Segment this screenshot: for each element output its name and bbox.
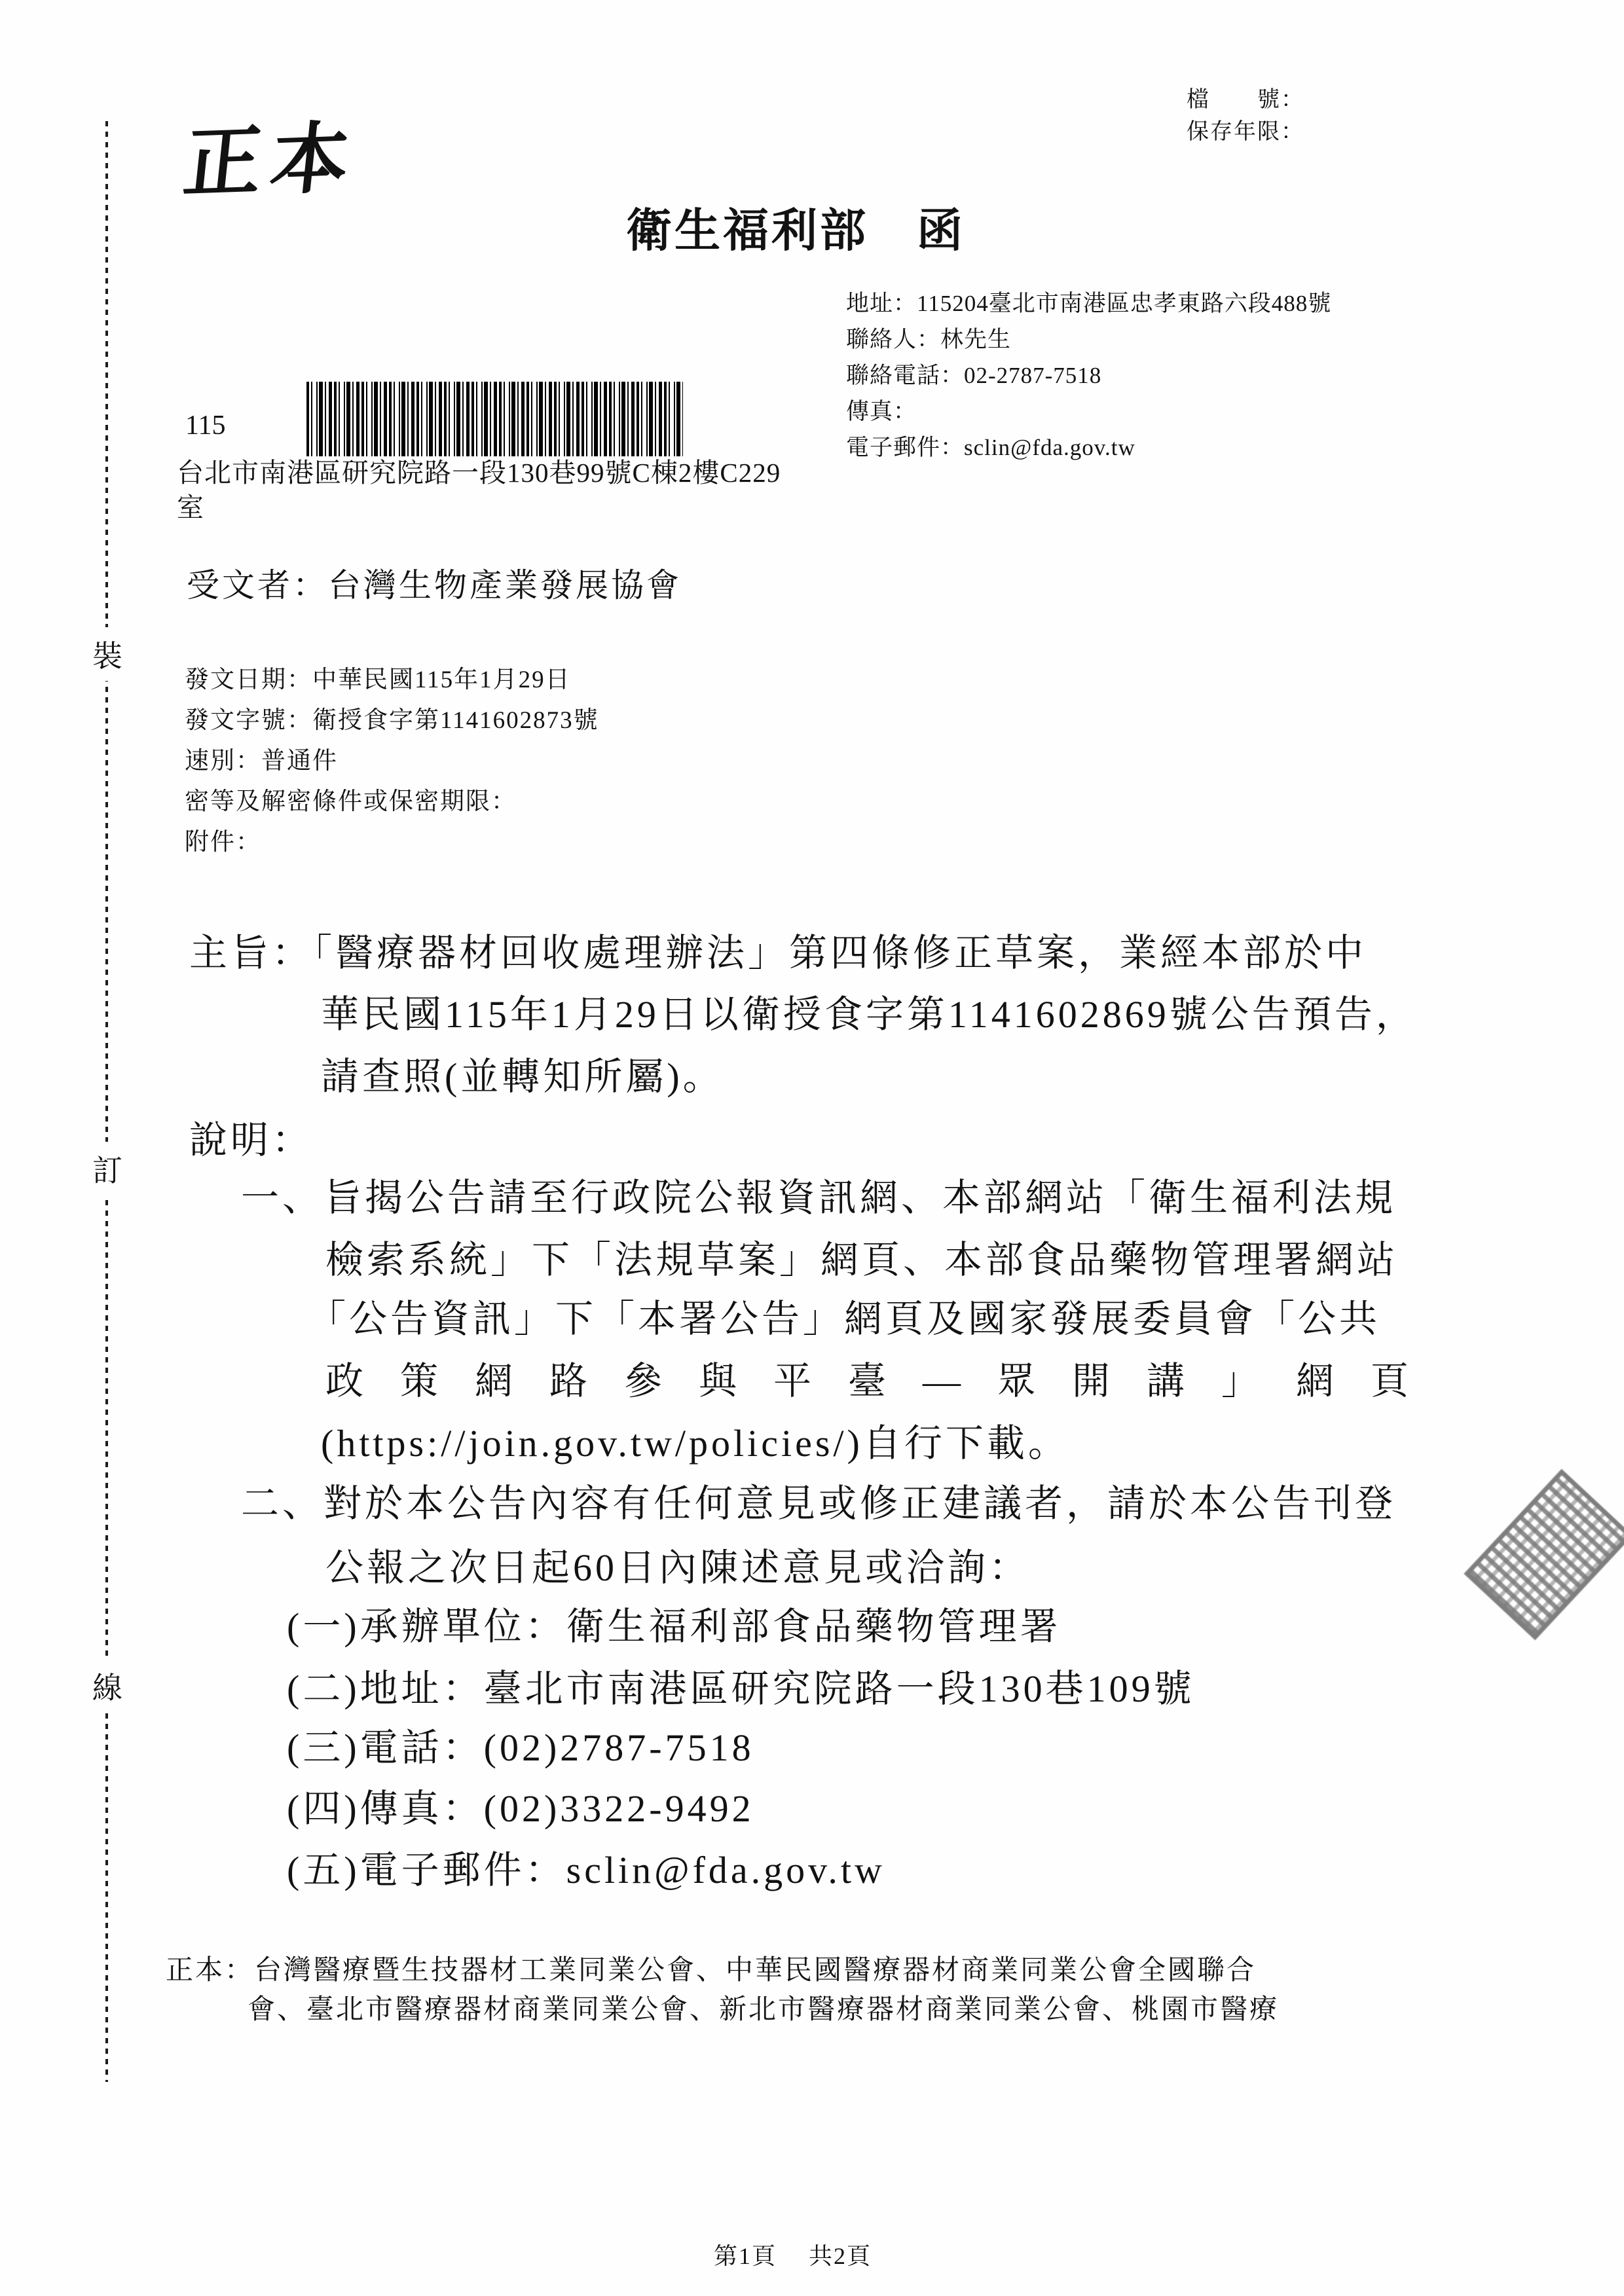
item2-line-2: 公報之次日起60日內陳述意見或洽詢： xyxy=(325,1537,1030,1592)
speed-class: 速別：普通件 xyxy=(185,741,599,782)
recipient-line: 受文者：台灣生物產業發展協會 xyxy=(187,559,682,606)
item2-sub4-fax: (四)傳真：(02)3322-9492 xyxy=(287,1777,754,1832)
sender-contact-block: 地址：115204臺北市南港區忠孝東路六段488號 聯絡人：林先生 聯絡電話：0… xyxy=(846,285,1331,465)
file-number-block: 檔 號： 保存年限： xyxy=(1187,84,1304,148)
security-class: 密等及解密條件或保密期限： xyxy=(185,782,599,822)
binding-dotted-line xyxy=(105,121,108,2082)
copy-type-label: 正本 xyxy=(179,95,364,212)
recipient-address-line2: 室 xyxy=(177,490,781,525)
item2-sub5-email: (五)電子郵件：sclin@fda.gov.tw xyxy=(287,1839,885,1894)
binding-char-zhuang: 裝 xyxy=(88,627,127,681)
barcode xyxy=(306,382,683,456)
recipient-address-line1: 台北市南港區研究院路一段130巷99號C棟2樓C229 xyxy=(177,456,781,490)
item1-line-3: 「公告資訊」下「本署公告」網頁及國家發展委員會「公共 xyxy=(308,1288,1380,1343)
issue-date: 發文日期：中華民國115年1月29日 xyxy=(185,660,599,701)
item2-line-1: 二、對於本公告內容有任何意見或修正建議者，請於本公告刊登 xyxy=(241,1472,1396,1527)
item1-line-1: 一、旨揭公告請至行政院公報資訊網、本部網站「衛生福利法規 xyxy=(241,1167,1396,1222)
sender-phone: 聯絡電話：02-2787-7518 xyxy=(846,357,1331,393)
subject-line-2: 華民國115年1月29日以衛授食字第1141602869號公告預告， xyxy=(321,983,1417,1038)
item2-sub1-unit: (一)承辦單位：衛生福利部食品藥物管理署 xyxy=(287,1595,1061,1650)
item1-line-4: 政策網路參與平臺—眾開講」網頁 xyxy=(325,1350,1445,1405)
item2-sub2-address: (二)地址：臺北市南港區研究院路一段130巷109號 xyxy=(287,1658,1195,1713)
official-letter-page: 裝 訂 線 正本 檔 號： 保存年限： 衛生福利部 函 地址：115204臺北市… xyxy=(0,0,1624,2296)
cc-recipients-line-2: 會、臺北市醫療器材商業同業公會、新北市醫療器材商業同業公會、桃園市醫療 xyxy=(248,1988,1279,2027)
sender-address: 地址：115204臺北市南港區忠孝東路六段488號 xyxy=(846,285,1331,321)
subject-line-3: 請查照(並轉知所屬)。 xyxy=(321,1046,724,1101)
item2-sub3-phone: (三)電話：(02)2787-7518 xyxy=(287,1717,754,1772)
recipient-zip-code: 115 xyxy=(185,410,225,441)
sender-email: 電子郵件：sclin@fda.gov.tw xyxy=(846,429,1331,465)
page-number-footer: 第1頁 共2頁 xyxy=(714,2238,872,2271)
item1-line-5-url: (https://join.gov.tw/policies/)自行下載。 xyxy=(321,1412,1069,1467)
item1-line-2: 檢索系統」下「法規草案」網頁、本部食品藥物管理署網站 xyxy=(325,1229,1398,1284)
explanation-label: 說明： xyxy=(189,1109,313,1164)
issue-doc-number: 發文字號：衛授食字第1141602873號 xyxy=(185,701,599,741)
document-meta-block: 發文日期：中華民國115年1月29日 發文字號：衛授食字第1141602873號… xyxy=(185,660,599,863)
binding-char-xian: 線 xyxy=(88,1659,127,1713)
retention-period-label: 保存年限： xyxy=(1187,116,1304,148)
sender-fax: 傳真： xyxy=(846,393,1331,429)
sender-contact-person: 聯絡人：林先生 xyxy=(846,321,1331,357)
document-title: 衛生福利部 函 xyxy=(626,194,965,260)
file-number-label: 檔 號： xyxy=(1187,84,1304,116)
subject-line-1: 主旨：「醫療器材回收處理辦法」第四條修正草案，業經本部於中 xyxy=(189,922,1367,977)
attachment-label: 附件： xyxy=(185,822,599,863)
binding-char-ding: 訂 xyxy=(88,1142,127,1195)
recipient-address: 台北市南港區研究院路一段130巷99號C棟2樓C229 室 xyxy=(177,456,781,525)
received-ink-stamp xyxy=(1464,1469,1624,1641)
cc-recipients-line-1: 正本：台灣醫療暨生技器材工業同業公會、中華民國醫療器材商業同業公會全國聯合 xyxy=(166,1948,1256,1988)
